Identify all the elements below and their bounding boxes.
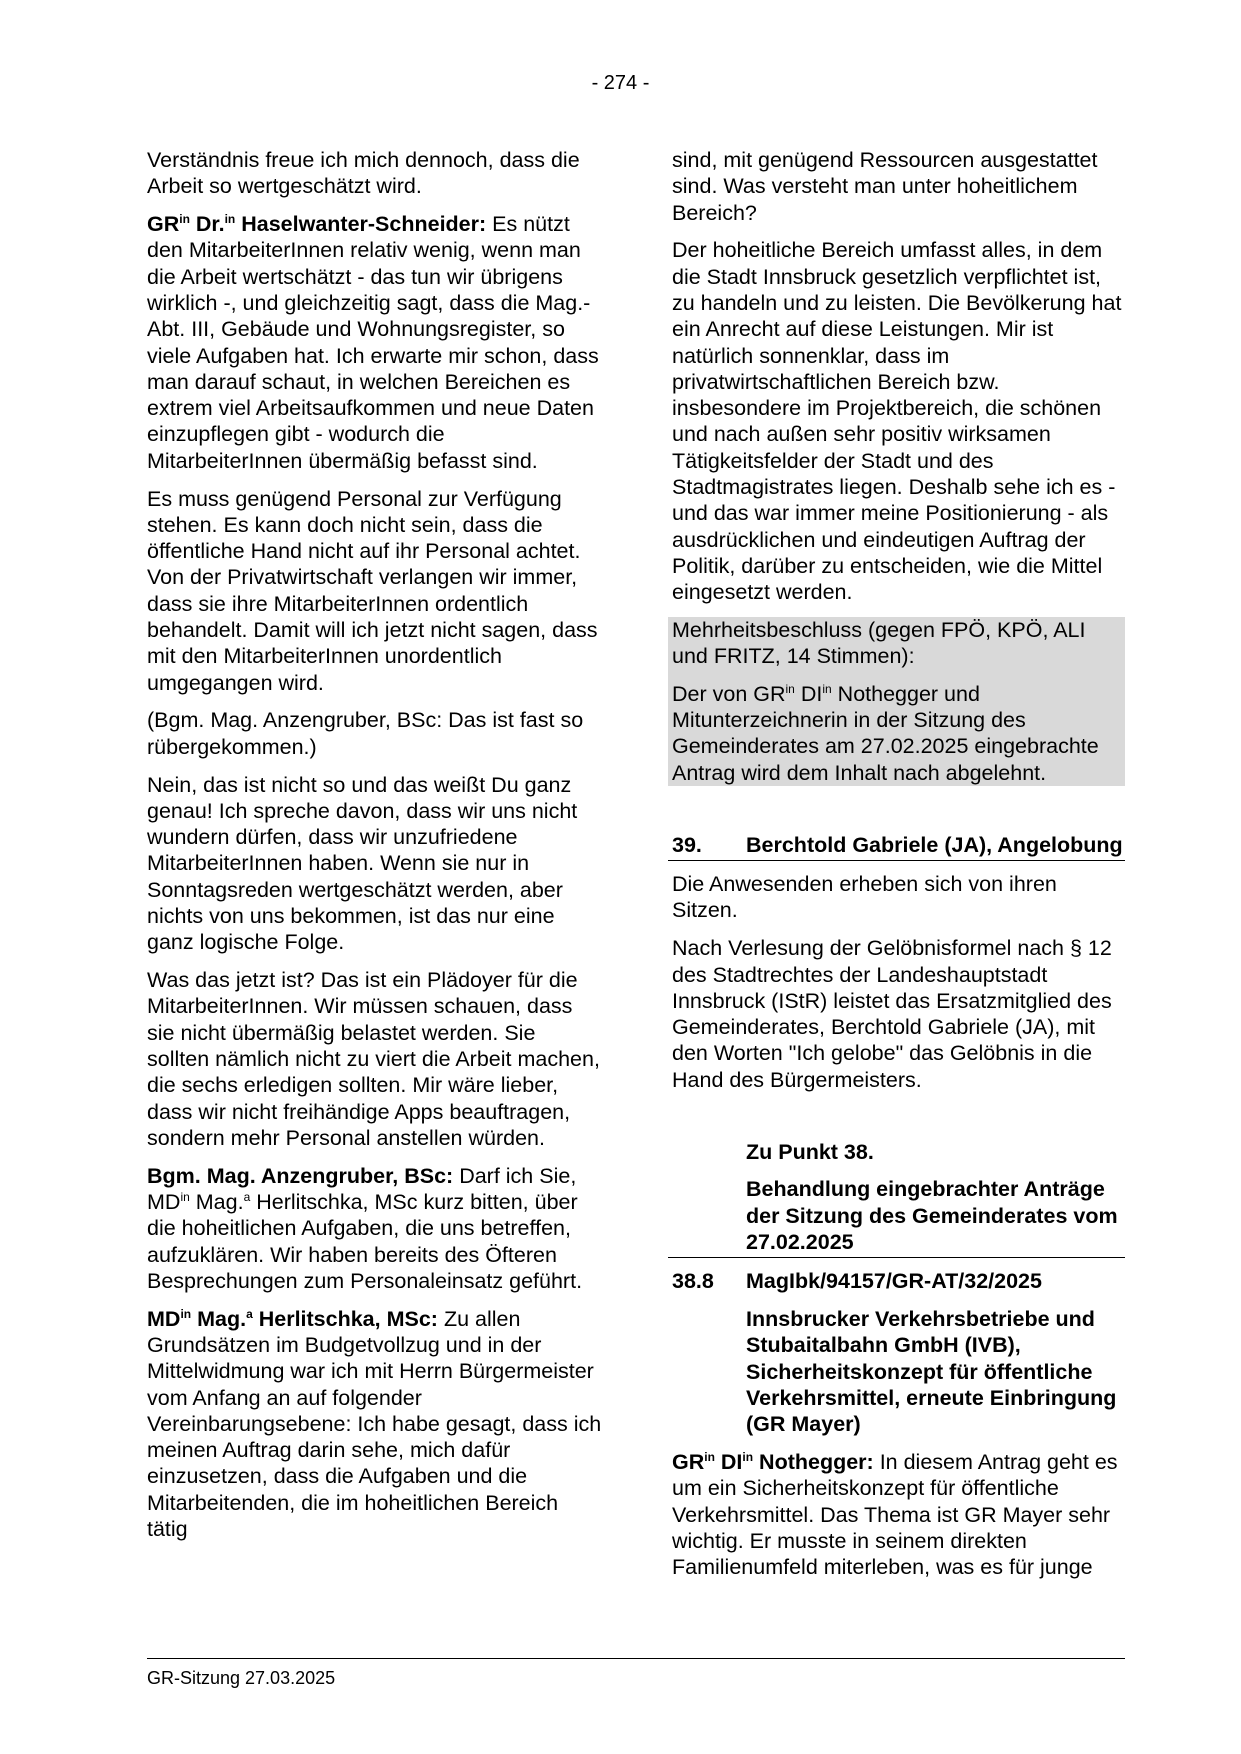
page-number: - 274 - <box>0 70 1241 96</box>
zu-punkt-title: Behandlung eingebrachter Anträge der Sit… <box>746 1176 1125 1255</box>
paragraph: Nach Verlesung der Gelöbnisformel nach §… <box>668 935 1125 1093</box>
divider <box>668 860 1125 861</box>
zu-punkt-title-heading: Behandlung eingebrachter Anträge der Sit… <box>668 1176 1125 1255</box>
interjection: (Bgm. Mag. Anzengruber, BSc: Das ist fas… <box>147 707 602 760</box>
agenda-heading-38-8: 38.8 MagIbk/94157/GR-AT/32/2025 <box>668 1268 1125 1294</box>
divider <box>668 1257 1125 1258</box>
speaker-name: Bgm. Mag. Anzengruber, BSc: <box>147 1164 453 1188</box>
resolution-box: Mehrheitsbeschluss (gegen FPÖ, KPÖ, ALI … <box>668 617 1125 786</box>
paragraph: Es muss genügend Personal zur Verfügung … <box>147 486 602 696</box>
zu-punkt-heading: Zu Punkt 38. <box>668 1139 1125 1165</box>
speaker-paragraph: GRin DIin Nothegger: In diesem Antrag ge… <box>668 1449 1125 1580</box>
agenda-title: Berchtold Gabriele (JA), Angelobung <box>746 832 1125 858</box>
speech-text: Es nützt den MitarbeiterInnen relativ we… <box>147 212 599 473</box>
resolution-text: Der von GRin DIin Nothegger und Mitunter… <box>672 670 1121 786</box>
right-column: sind, mit genügend Ressourcen ausgestatt… <box>668 147 1125 1592</box>
speech-text: Zu allen Grundsätzen im Budgetvollzug un… <box>147 1307 601 1541</box>
left-column: Verständnis freue ich mich dennoch, dass… <box>147 147 602 1554</box>
agenda-reference: MagIbk/94157/GR-AT/32/2025 <box>746 1268 1125 1294</box>
agenda-number: 39. <box>672 832 746 858</box>
speaker-paragraph: Bgm. Mag. Anzengruber, BSc: Darf ich Sie… <box>147 1163 602 1294</box>
speaker-paragraph: MDin Mag.a Herlitschka, MSc: Zu allen Gr… <box>147 1306 602 1543</box>
paragraph: Der hoheitliche Bereich umfasst alles, i… <box>668 237 1125 605</box>
agenda-title: Innsbrucker Verkehrsbetriebe und Stubait… <box>746 1306 1125 1437</box>
speaker-name: GRin Dr.in Haselwanter-Schneider: <box>147 212 486 236</box>
agenda-title-38-8: Innsbrucker Verkehrsbetriebe und Stubait… <box>668 1306 1125 1437</box>
paragraph: sind, mit genügend Ressourcen ausgestatt… <box>668 147 1125 226</box>
vote-result: Mehrheitsbeschluss (gegen FPÖ, KPÖ, ALI … <box>672 617 1121 670</box>
speaker-paragraph: GRin Dr.in Haselwanter-Schneider: Es nüt… <box>147 211 602 474</box>
paragraph: Verständnis freue ich mich dennoch, dass… <box>147 147 602 200</box>
agenda-number: 38.8 <box>672 1268 746 1294</box>
paragraph: Was das jetzt ist? Das ist ein Plädoyer … <box>147 967 602 1151</box>
footer-divider <box>147 1658 1125 1659</box>
zu-punkt-label: Zu Punkt 38. <box>746 1139 1125 1165</box>
paragraph: Nein, das ist nicht so und das weißt Du … <box>147 772 602 956</box>
paragraph: Die Anwesenden erheben sich von ihren Si… <box>668 871 1125 924</box>
speaker-name: MDin Mag.a Herlitschka, MSc: <box>147 1307 438 1331</box>
speaker-name: GRin DIin Nothegger: <box>672 1450 874 1474</box>
agenda-heading-39: 39. Berchtold Gabriele (JA), Angelobung <box>668 832 1125 858</box>
footer-session-label: GR-Sitzung 27.03.2025 <box>147 1667 335 1689</box>
